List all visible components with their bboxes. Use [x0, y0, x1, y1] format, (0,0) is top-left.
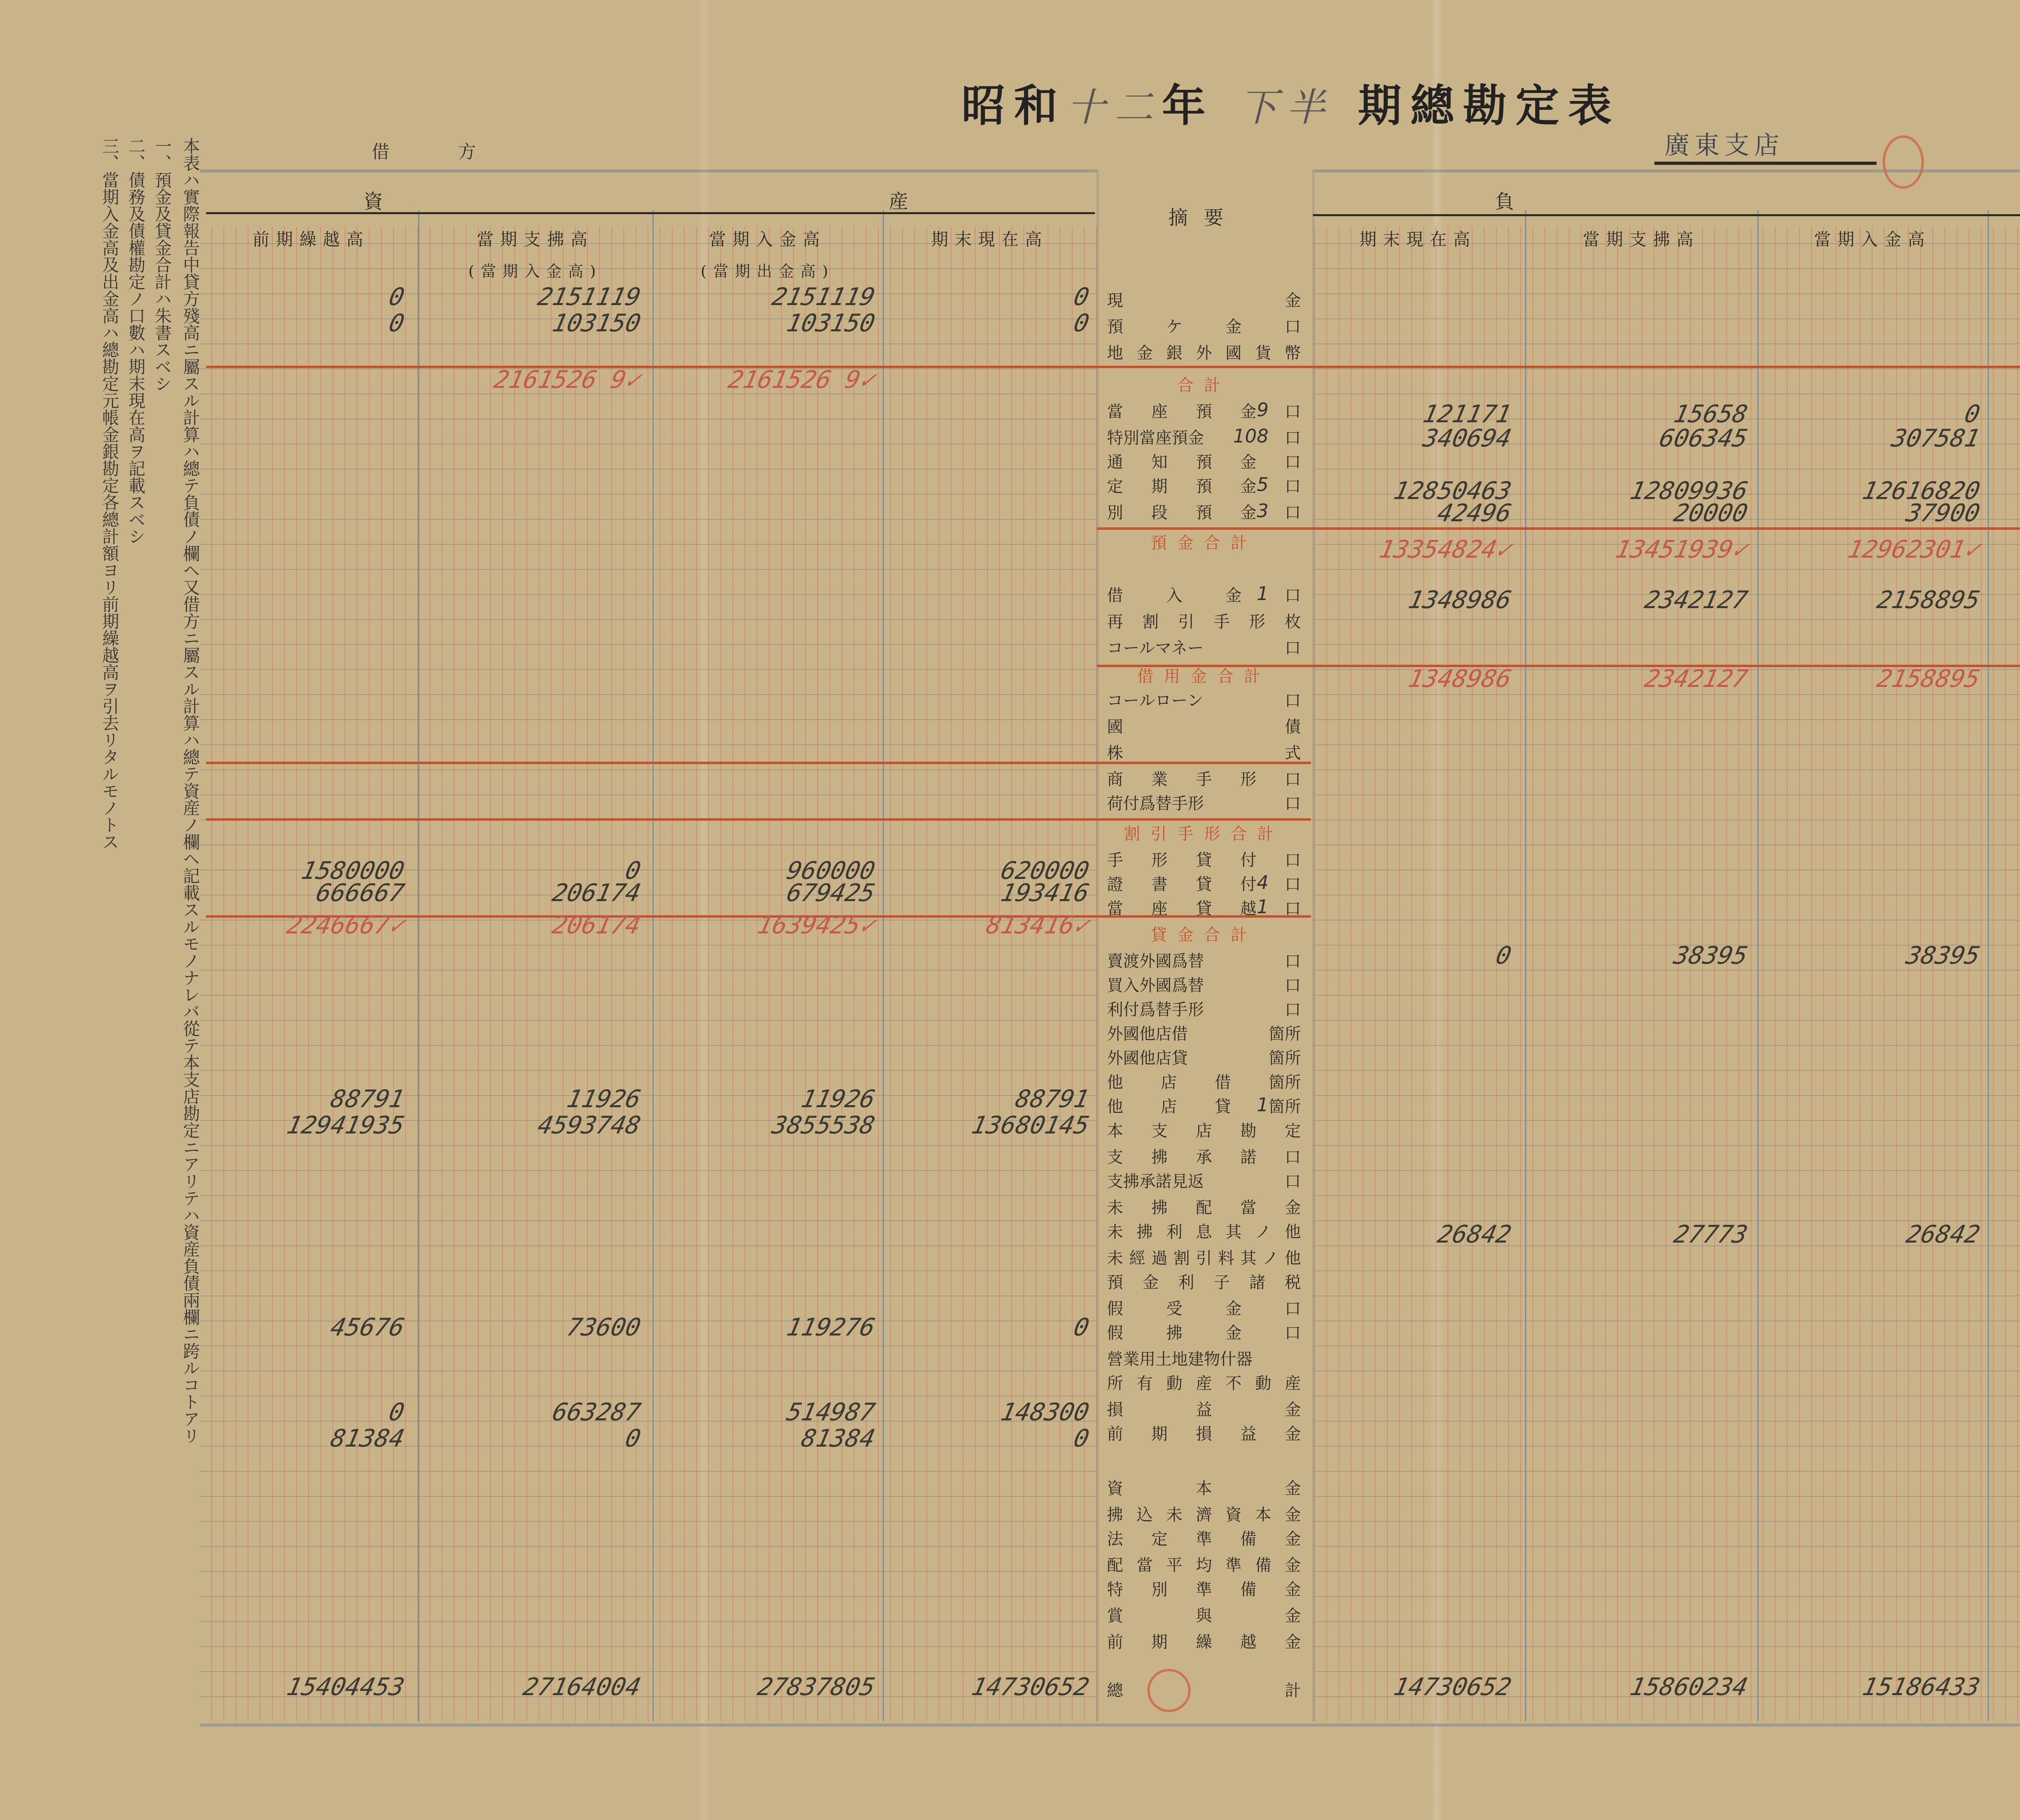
row-label-part: 期	[1151, 474, 1168, 497]
ledger-amount: 514987	[654, 1398, 878, 1426]
row-label-part: 總	[1107, 1678, 1123, 1701]
ledger-amount: 15186433	[1759, 1673, 1983, 1701]
ledger-amount: 193416	[884, 879, 1092, 907]
row-label-part: 口	[1285, 791, 1301, 814]
row-label-part: 證	[1107, 872, 1123, 895]
row-label: 再割引手形枚	[1107, 609, 1301, 632]
row-label-part: 金	[1285, 1526, 1301, 1549]
row-label-part: 株	[1107, 740, 1123, 763]
ledger-amount: 0	[884, 1313, 1092, 1342]
row-label-part: 前	[1107, 1629, 1123, 1652]
row-label-part: 不	[1225, 1371, 1241, 1394]
liability-group-label-1: 負	[1495, 186, 1530, 214]
row-label: 預金利子諸税	[1107, 1270, 1301, 1293]
row-count: 1	[1257, 1094, 1269, 1116]
asset-col-header: 期末現在高	[885, 226, 1095, 251]
row-label-part: 金	[1285, 1502, 1301, 1525]
row-label-part: 越	[1240, 1629, 1256, 1652]
row-label: 未拂利息其ノ他	[1107, 1219, 1301, 1242]
row-label-part: 割引手形合計	[1124, 821, 1284, 844]
ledger-amount: 663287	[419, 1398, 644, 1426]
col-divider	[1525, 210, 1526, 1721]
ledger-amount: 20000	[1526, 499, 1751, 527]
row-label-part: 益	[1240, 1421, 1256, 1444]
row-label-part: 當	[1107, 399, 1123, 422]
row-label-part: 外國他店借	[1107, 1021, 1188, 1044]
row-label-part: 本	[1107, 1118, 1123, 1141]
row-label-part: 假	[1107, 1296, 1123, 1319]
row-label-part: 手	[1196, 767, 1212, 790]
row-label-part: 配	[1107, 1552, 1123, 1576]
row-label-part: 貸	[1215, 1094, 1231, 1117]
row-label-part: 預	[1107, 1270, 1123, 1293]
row-label-part: 貨	[1255, 340, 1271, 363]
row-label-part: 拂	[1151, 1195, 1168, 1218]
ledger-amount: 27164004	[419, 1673, 644, 1701]
ledger-amount: 1532218	[1989, 586, 2020, 614]
ledger-amount: 0	[1989, 942, 2020, 970]
row-label-part: 拂	[1136, 1219, 1153, 1242]
asset-col-header: 前期繰越高	[206, 226, 416, 251]
subtotal-rule	[1097, 527, 2020, 530]
row-label-part: 本	[1255, 1502, 1271, 1525]
row-label-part: 金	[1285, 288, 1301, 311]
row-label-part: 借	[1215, 1070, 1231, 1093]
asset-group-label-2: 産	[889, 186, 924, 214]
title-year-handwritten: 十二	[1067, 85, 1162, 130]
row-label-part: 支	[1107, 1144, 1123, 1167]
row-label: 拂込未濟資本金	[1107, 1502, 1301, 1525]
subtotal-row-label: 割引手形合計	[1107, 821, 1301, 844]
row-label-part: 當	[1107, 896, 1123, 919]
row-label-part: ノ	[1255, 1219, 1271, 1242]
asset-col-header: 當期入金高	[654, 226, 881, 251]
ledger-amount: 2158895	[1759, 586, 1983, 614]
row-label-part: 箇所	[1269, 1021, 1301, 1044]
note-main: 本表ハ實際報告中貸方殘高ニ屬スル計算ハ總テ負債ノ欄ヘ又借方ニ屬スル計算ハ總テ資産…	[178, 137, 203, 1444]
row-label-part: 資	[1225, 1502, 1241, 1525]
row-label-part: 計	[1285, 1678, 1301, 1701]
row-count: 1	[1257, 896, 1269, 918]
row-label: 支拂承諾見返口	[1107, 1169, 1301, 1192]
row-label-part: 未	[1107, 1219, 1123, 1242]
row-label-part: 口	[1285, 688, 1301, 711]
ledger-amount: 206174	[419, 879, 644, 907]
liability-header-rule	[1313, 214, 2020, 216]
row-count: 5	[1257, 474, 1269, 495]
col-divider	[652, 210, 654, 1721]
row-label-part: 知	[1151, 449, 1168, 472]
row-label: 當座貸越口1	[1107, 896, 1301, 919]
row-label-part: 金	[1191, 664, 1217, 687]
row-label: 定期預金口5	[1107, 474, 1301, 497]
row-label-part: 息	[1196, 1219, 1212, 1242]
ledger-amount: 38395	[1759, 942, 1983, 970]
row-label-part: 引	[1178, 609, 1194, 632]
row-label-part: 金	[1177, 530, 1204, 553]
row-label-part: 繰	[1196, 1629, 1212, 1652]
row-label-part: 付	[1240, 872, 1256, 895]
row-label-part: 所	[1107, 1371, 1123, 1394]
row-label-part: 法	[1107, 1526, 1123, 1549]
title-suffix: 期總勘定表	[1358, 80, 1620, 131]
ledger-amount: 12962301✓	[1759, 535, 1983, 564]
ledger-amount: 0	[884, 309, 1092, 337]
col-divider	[1988, 210, 1989, 1721]
row-label-part: 本	[1196, 1476, 1212, 1499]
row-label-part: 子	[1214, 1270, 1230, 1293]
ledger-amount: 0	[207, 1398, 407, 1426]
row-label-part: 定	[1107, 474, 1123, 497]
row-label-part: 計	[1204, 373, 1231, 396]
row-label-part: 支拂承諾見返	[1107, 1169, 1204, 1192]
ledger-amount: 13844462✓	[1989, 535, 2020, 564]
row-label-part: 預	[1196, 474, 1212, 497]
row-label-part: 別	[1151, 1577, 1168, 1600]
row-label-part: 付	[1240, 847, 1256, 870]
row-label-part: 産	[1285, 1371, 1301, 1394]
ledger-amount: 2151119	[654, 283, 878, 311]
row-label: 外國他店貸箇所	[1107, 1045, 1301, 1068]
row-label-part: 座	[1151, 399, 1168, 422]
row-label: 賞與金	[1107, 1603, 1301, 1626]
row-label: 假受金口	[1107, 1296, 1301, 1319]
row-label-part: 貸	[1196, 872, 1212, 895]
row-label-part: 諾	[1240, 1144, 1256, 1167]
row-label-part: 受	[1166, 1296, 1183, 1319]
row-label-part: 拂	[1166, 1320, 1183, 1343]
row-label: 別段預金口3	[1107, 500, 1301, 523]
row-label-part: 口	[1285, 973, 1301, 996]
row-label-part: 準	[1225, 1552, 1241, 1576]
row-label: 未經過割引料其ノ他	[1107, 1245, 1301, 1268]
liability-col-header: 前期繰越高	[1990, 226, 2020, 251]
subtotal-rule	[206, 818, 1311, 821]
row-label-part: 期	[1151, 1629, 1168, 1652]
row-label-part: 借	[1107, 583, 1123, 606]
row-label: 地金銀外國貨幣	[1107, 340, 1301, 363]
row-label-part: 他	[1285, 1245, 1301, 1268]
ledger-amount: 11926	[419, 1085, 644, 1113]
row-label: 買入外國爲替口	[1107, 973, 1301, 996]
ledger-amount: 1348986	[1314, 665, 1514, 693]
row-label-part: 期	[1151, 1421, 1168, 1444]
row-label-part: コールマネー	[1107, 635, 1204, 658]
ledger-amount: 13451939✓	[1526, 535, 1751, 564]
row-count: 1	[1257, 583, 1269, 605]
row-label-part: 銀	[1166, 340, 1183, 363]
row-label-part: 利付爲替手形	[1107, 997, 1204, 1020]
row-label-part: 配	[1196, 1195, 1212, 1218]
row-label-part: 箇所	[1269, 1094, 1301, 1117]
ledger-amount: 15404453	[207, 1673, 407, 1701]
row-label-part: 口	[1285, 1144, 1301, 1167]
row-label: 法定準備金	[1107, 1526, 1301, 1549]
row-label-part: 合	[1204, 530, 1231, 553]
total-seal-icon	[1147, 1669, 1191, 1712]
ledger-amount: 14730652	[1314, 1673, 1514, 1701]
note-1: 一、預金及貸金合計ハ朱書スベシ	[149, 137, 175, 392]
row-label-part: 口	[1285, 872, 1301, 895]
row-label-part: 其	[1240, 1245, 1256, 1268]
row-label-part: 賞	[1107, 1603, 1123, 1626]
row-label: 利付爲替手形口	[1107, 997, 1301, 1020]
row-label-part: 預	[1196, 449, 1212, 472]
ledger-amount: 666667	[207, 879, 407, 907]
ledger-amount: 606345	[1526, 424, 1751, 453]
ledger-amount: 813416✓	[884, 911, 1092, 939]
note-2: 二、債務及債權勘定ノ口數ハ期末現在高ヲ記載スベシ	[123, 137, 148, 545]
row-label-part: 均	[1196, 1552, 1212, 1576]
row-label-part: 他	[1285, 1219, 1301, 1242]
row-label-part: 借	[1137, 664, 1164, 687]
asset-col-header: 當期支拂高	[420, 226, 650, 251]
row-label-part: 金	[1285, 1552, 1301, 1576]
description-header: 摘要	[1107, 202, 1301, 230]
row-label-part: 合	[1217, 664, 1244, 687]
row-label-part: 諸	[1249, 1270, 1265, 1293]
row-label-part: 金	[1285, 1476, 1301, 1499]
subtotal-row-label: 合計	[1107, 373, 1301, 396]
row-label-part: 損	[1107, 1397, 1123, 1420]
row-label-part: 金	[1240, 500, 1256, 523]
ledger-amount: 0	[884, 1424, 1092, 1453]
row-label-part: 經	[1129, 1245, 1145, 1268]
liability-col-header: 當期支拂高	[1527, 226, 1755, 251]
row-label-part: 金	[1285, 1397, 1301, 1420]
ledger-amount: 14730652	[884, 1673, 1092, 1701]
row-label-part: 金	[1225, 1320, 1241, 1343]
row-label-part: 合	[1204, 922, 1231, 945]
ledger-amount: 2161526 9✓	[419, 366, 644, 394]
row-label-part: 口	[1285, 997, 1301, 1020]
row-label-part: 割	[1143, 609, 1159, 632]
ledger-amount: 307581	[1759, 424, 1983, 453]
row-label-part: 金	[1240, 449, 1256, 472]
col-divider	[418, 210, 419, 1721]
row-label-part: 金	[1285, 1577, 1301, 1600]
row-label-part: 口	[1285, 635, 1301, 658]
row-label-part: 口	[1285, 399, 1301, 422]
row-label-part: 備	[1255, 1552, 1271, 1576]
row-label-part: 通	[1107, 449, 1123, 472]
row-label-part: 益	[1196, 1397, 1212, 1420]
row-label-part: 他	[1107, 1094, 1123, 1117]
ledger-amount: 73600	[419, 1313, 644, 1342]
ledger-amount: 26842	[1314, 1220, 1514, 1249]
row-label: コールマネー口	[1107, 635, 1301, 658]
branch-underline	[1654, 162, 1877, 165]
row-label-part: ケ	[1166, 314, 1183, 337]
ledger-amount: 13680145	[884, 1111, 1092, 1140]
ledger-amount: 1532218	[1989, 665, 2020, 693]
row-label-part: 店	[1196, 1118, 1212, 1141]
row-label-part: 特	[1107, 1577, 1123, 1600]
row-label: 他店借箇所	[1107, 1070, 1301, 1093]
row-label-part: 資	[1107, 1476, 1123, 1499]
row-count: 108	[1233, 425, 1269, 447]
row-label-part: 口	[1285, 583, 1301, 606]
row-label-part: 拂	[1151, 1144, 1168, 1167]
asset-group-label-1: 資	[364, 186, 399, 214]
title-half-handwritten: 下半	[1239, 85, 1334, 130]
asset-col-note: (當期入金高)	[420, 259, 650, 281]
row-label-part: 再	[1107, 609, 1123, 632]
row-label-part: 割	[1174, 1245, 1190, 1268]
row-label-part: 料	[1218, 1245, 1234, 1268]
ledger-amount: 0	[419, 1424, 644, 1453]
row-label: 總計	[1107, 1678, 1301, 1701]
row-label-part: 用	[1164, 664, 1191, 687]
ledger-amount: 119276	[654, 1313, 878, 1342]
row-label: 損益金	[1107, 1397, 1301, 1420]
row-label: 資本金	[1107, 1476, 1301, 1499]
row-label-part: 預	[1196, 500, 1212, 523]
ledger-amount: 2342127	[1526, 665, 1751, 693]
ledger-amount: 2246667✓	[207, 911, 407, 939]
row-label-part: 店	[1161, 1094, 1177, 1117]
ledger-amount: 1348986	[1314, 586, 1514, 614]
row-label-part: 口	[1285, 948, 1301, 971]
row-label: 本支店勘定	[1107, 1118, 1301, 1141]
row-label: 配當平均準備金	[1107, 1552, 1301, 1576]
ledger-amount: 12941935	[207, 1111, 407, 1140]
row-label-part: 口	[1285, 474, 1301, 497]
ledger-amount: 3855538	[654, 1111, 878, 1140]
ledger-amount: 103150	[654, 309, 878, 337]
row-label: 株式	[1107, 740, 1301, 763]
row-label-part: 形	[1151, 847, 1168, 870]
branch-name: 廣東支店	[1664, 125, 1784, 161]
row-label-part: 箇所	[1269, 1045, 1301, 1068]
debit-label: 借方	[372, 137, 545, 163]
ledger-amount: 679425	[654, 879, 878, 907]
title-era: 昭和	[962, 80, 1067, 131]
row-label-part: 産	[1196, 1371, 1212, 1394]
row-label-part: 有	[1136, 1371, 1153, 1394]
subtotal-row-label: 預金合計	[1107, 530, 1301, 553]
ledger-amount: 88791	[884, 1085, 1092, 1113]
ledger-amount: 11926	[654, 1085, 878, 1113]
row-label-part: 動	[1255, 1371, 1271, 1394]
row-label-part: 金	[1143, 1270, 1159, 1293]
row-label: 現金	[1107, 288, 1301, 311]
row-label: 荷付爲替手形口	[1107, 791, 1301, 814]
row-label: コールローン口	[1107, 688, 1301, 711]
ledger-amount: 45676	[207, 1313, 407, 1342]
row-label-part: 手	[1107, 847, 1123, 870]
row-label-part: 國	[1107, 714, 1123, 737]
ledger-amount: 1639425✓	[654, 911, 878, 939]
row-label-part: 拂	[1107, 1502, 1123, 1525]
row-label-part: 税	[1285, 1270, 1301, 1293]
row-label-part: 金	[1285, 1629, 1301, 1652]
row-label-part: 賣渡外國爲替	[1107, 948, 1204, 971]
row-label-part: 形	[1240, 767, 1256, 790]
ledger-amount: 206174	[419, 911, 644, 939]
row-label-part: 口	[1285, 767, 1301, 790]
row-count: 3	[1257, 500, 1269, 522]
row-label: 前期損益金	[1107, 1421, 1301, 1444]
ledger-amount: 27773	[1989, 1220, 2020, 1249]
ledger-amount: 639458	[1989, 424, 2020, 453]
ledger-amount: 2161526 9✓	[654, 366, 878, 394]
ledger-amount: 340694	[1314, 424, 1514, 453]
ledger-amount: 0	[1314, 942, 1514, 970]
asset-header-rule	[206, 212, 1095, 214]
ledger-amount: 148300	[884, 1398, 1092, 1426]
asset-col-note: (當期出金高)	[654, 259, 881, 281]
row-label-part: 買入外國爲替	[1107, 973, 1204, 996]
row-label: 商業手形口	[1107, 767, 1301, 790]
row-label-part: 荷付爲替手形	[1107, 791, 1204, 814]
row-label: 特別當座預金口108	[1107, 425, 1301, 448]
ledger-amount: 2342127	[1526, 586, 1751, 614]
row-label-part: 準	[1196, 1577, 1212, 1600]
row-label: 借入金口1	[1107, 583, 1301, 606]
row-label-part: 口	[1285, 1296, 1301, 1319]
ledger-amount: 81384	[207, 1424, 407, 1453]
ledger-amount: 0	[884, 283, 1092, 311]
row-label-part: 定	[1151, 1526, 1168, 1549]
row-label-part: 未	[1166, 1502, 1183, 1525]
row-label: 通知預金口	[1107, 449, 1301, 472]
row-label-part: 濟	[1196, 1502, 1212, 1525]
row-label-part: 金	[1285, 1195, 1301, 1218]
col-divider	[1757, 210, 1759, 1721]
row-label-part: 當	[1136, 1552, 1153, 1576]
subtotal-row-label: 貸金合計	[1107, 922, 1301, 945]
row-label-part: 支	[1151, 1118, 1168, 1141]
row-label-part: 店	[1161, 1070, 1177, 1093]
row-label-part: 口	[1285, 1169, 1301, 1192]
row-label: 營業用土地建物什器	[1107, 1346, 1301, 1369]
row-label-part: 口	[1285, 314, 1301, 337]
row-label-part: 金	[1285, 1603, 1301, 1626]
ledger-amount: 15404453	[1989, 1673, 2020, 1701]
row-label-part: 金	[1136, 340, 1153, 363]
row-label-part: 與	[1196, 1603, 1212, 1626]
row-label: 支拂承諾口	[1107, 1144, 1301, 1167]
row-label-part: 當	[1240, 1195, 1256, 1218]
ledger-amount: 81384	[654, 1424, 878, 1453]
row-label-part: 式	[1285, 740, 1301, 763]
row-label-part: 金	[1240, 474, 1256, 497]
ledger-amount: 103150	[419, 309, 644, 337]
row-label-part: 地	[1107, 340, 1123, 363]
row-label: 預ケ金口	[1107, 314, 1301, 337]
row-label-part: 利	[1178, 1270, 1194, 1293]
row-label-part: 業	[1151, 767, 1168, 790]
row-label-part: 座	[1151, 896, 1168, 919]
row-label-part: 幣	[1285, 340, 1301, 363]
row-label: 國債	[1107, 714, 1301, 737]
row-label-part: 越	[1240, 896, 1256, 919]
ledger-amount: 26842	[1759, 1220, 1983, 1249]
row-label-part: 計	[1231, 530, 1257, 553]
row-label-part: 貸	[1196, 847, 1212, 870]
liability-col-header: 當期入金高	[1759, 226, 1986, 251]
row-label-part: 口	[1285, 425, 1301, 448]
row-count: 9	[1257, 399, 1269, 421]
ledger-amount: 42496	[1314, 499, 1514, 527]
row-label-part: 金	[1225, 583, 1241, 606]
row-label-part: 未	[1107, 1245, 1123, 1268]
ledger-amount: 38395	[1526, 942, 1751, 970]
row-label-part: 別	[1107, 500, 1123, 523]
ledger-amount: 2158895	[1759, 665, 1983, 693]
row-label-part: 口	[1285, 1320, 1301, 1343]
